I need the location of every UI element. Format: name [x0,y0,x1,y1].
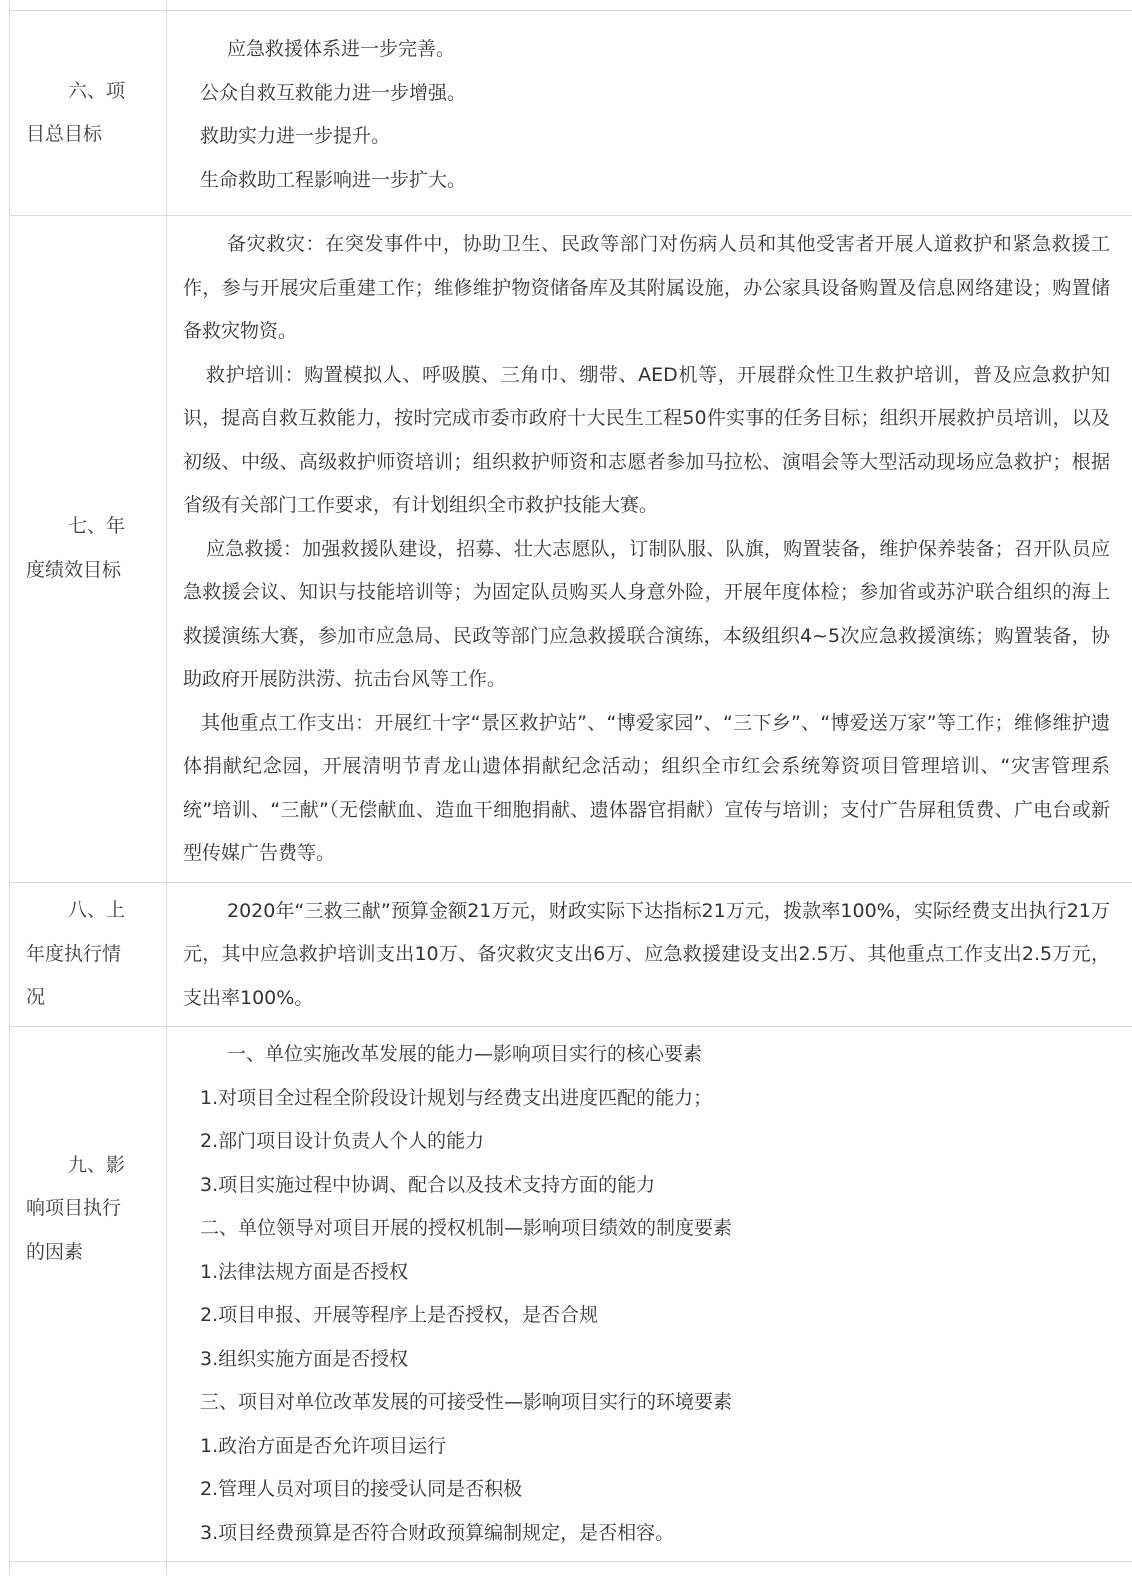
factor-item: 1.法律法规方面是否授权 [183,1251,1110,1295]
paragraph-rescue-training: 救护培训：购置模拟人、呼吸膜、三角巾、绷带、AED机等，开展群众性卫生救护培训，… [183,354,1110,528]
paragraph-emergency-rescue: 应急救援：加强救援队建设，招募、壮大志愿队，订制队服、队旗，购置装备，维护保养装… [183,528,1110,702]
label-cell-stub [10,1562,167,1576]
table-row-last-year-execution: 八、上 年度执行情 况 2020年“三救三献”预算金额21万元，财政实际下达指标… [10,882,1132,1027]
factor-item: 1.对项目全过程全阶段设计规划与经费支出进度匹配的能力； [183,1077,1110,1121]
row-label-line: 年度执行情 [26,933,166,977]
row-content-annual-performance-goal: 备灾救灾：在突发事件中，协助卫生、民政等部门对伤病人员和其他受害者开展人道救护和… [167,216,1132,883]
paragraph-disaster-relief: 备灾救灾：在突发事件中，协助卫生、民政等部门对伤病人员和其他受害者开展人道救护和… [183,223,1110,354]
row-content-project-overall-goal: 应急救援体系进一步完善。 公众自救互救能力进一步增强。 救助实力进一步提升。 生… [167,11,1132,216]
row-label-line: 六、项 [26,70,166,114]
row-label-line: 的因素 [26,1231,166,1275]
row-content-influencing-factors: 一、单位实施改革发展的能力—影响项目实行的核心要素 1.对项目全过程全阶段设计规… [167,1027,1132,1562]
row-label-line: 目总目标 [26,113,166,157]
row-label-line: 九、影 [26,1144,166,1188]
table-row-annual-performance-goal: 七、年 度绩效目标 备灾救灾：在突发事件中，协助卫生、民政等部门对伤病人员和其他… [10,216,1132,883]
factor-item: 1.政治方面是否允许项目运行 [183,1425,1110,1469]
content-cell-stub [167,0,1132,11]
row-label-influencing-factors: 九、影 响项目执行 的因素 [10,1027,167,1562]
factor-item: 3.组织实施方面是否授权 [183,1338,1110,1382]
paragraph-execution-summary: 2020年“三救三献”预算金额21万元，财政实际下达指标21万元，拨款率100%… [183,890,1110,1021]
label-cell-stub [10,0,167,11]
paragraph-other-key-work: 其他重点工作支出：开展红十字“景区救护站”、“博爱家园”、“三下乡”、“博爱送万… [183,702,1110,876]
row-label-line: 七、年 [26,505,166,549]
factor-item: 2.部门项目设计负责人个人的能力 [183,1120,1110,1164]
row-label-annual-performance-goal: 七、年 度绩效目标 [10,216,167,883]
table-row-previous-stub [10,0,1132,11]
row-label-line: 响项目执行 [26,1187,166,1231]
row-content-last-year-execution: 2020年“三救三献”预算金额21万元，财政实际下达指标21万元，拨款率100%… [167,882,1132,1027]
factor-heading: 一、单位实施改革发展的能力—影响项目实行的核心要素 [183,1033,1110,1077]
row-label-line: 八、上 [26,889,166,933]
goal-item: 公众自救互救能力进一步增强。 [183,72,1110,116]
goal-item: 救助实力进一步提升。 [183,115,1110,159]
table-row-project-overall-goal: 六、项 目总目标 应急救援体系进一步完善。 公众自救互救能力进一步增强。 救助实… [10,11,1132,216]
goal-item: 生命救助工程影响进一步扩大。 [183,159,1110,203]
table-row-influencing-factors: 九、影 响项目执行 的因素 一、单位实施改革发展的能力—影响项目实行的核心要素 … [10,1027,1132,1562]
goal-item: 应急救援体系进一步完善。 [183,28,1110,72]
factor-item: 3.项目经费预算是否符合财政预算编制规定，是否相容。 [183,1512,1110,1556]
row-label-line: 度绩效目标 [26,549,166,593]
row-label-line: 况 [26,976,166,1020]
factor-heading: 二、单位领导对项目开展的授权机制—影响项目绩效的制度要素 [183,1207,1110,1251]
document-table: 六、项 目总目标 应急救援体系进一步完善。 公众自救互救能力进一步增强。 救助实… [9,0,1132,1576]
content-cell-stub [167,1562,1132,1576]
row-label-last-year-execution: 八、上 年度执行情 况 [10,882,167,1027]
row-label-wrap: 九、影 响项目执行 的因素 [26,1144,166,1445]
factor-item: 2.管理人员对项目的接受认同是否积极 [183,1468,1110,1512]
table-row-next-stub [10,1562,1132,1576]
factor-heading: 三、项目对单位改革发展的可接受性—影响项目实行的环境要素 [183,1381,1110,1425]
row-label-project-overall-goal: 六、项 目总目标 [10,11,167,216]
factor-item: 2.项目申报、开展等程序上是否授权，是否合规 [183,1294,1110,1338]
factor-item: 3.项目实施过程中协调、配合以及技术支持方面的能力 [183,1164,1110,1208]
